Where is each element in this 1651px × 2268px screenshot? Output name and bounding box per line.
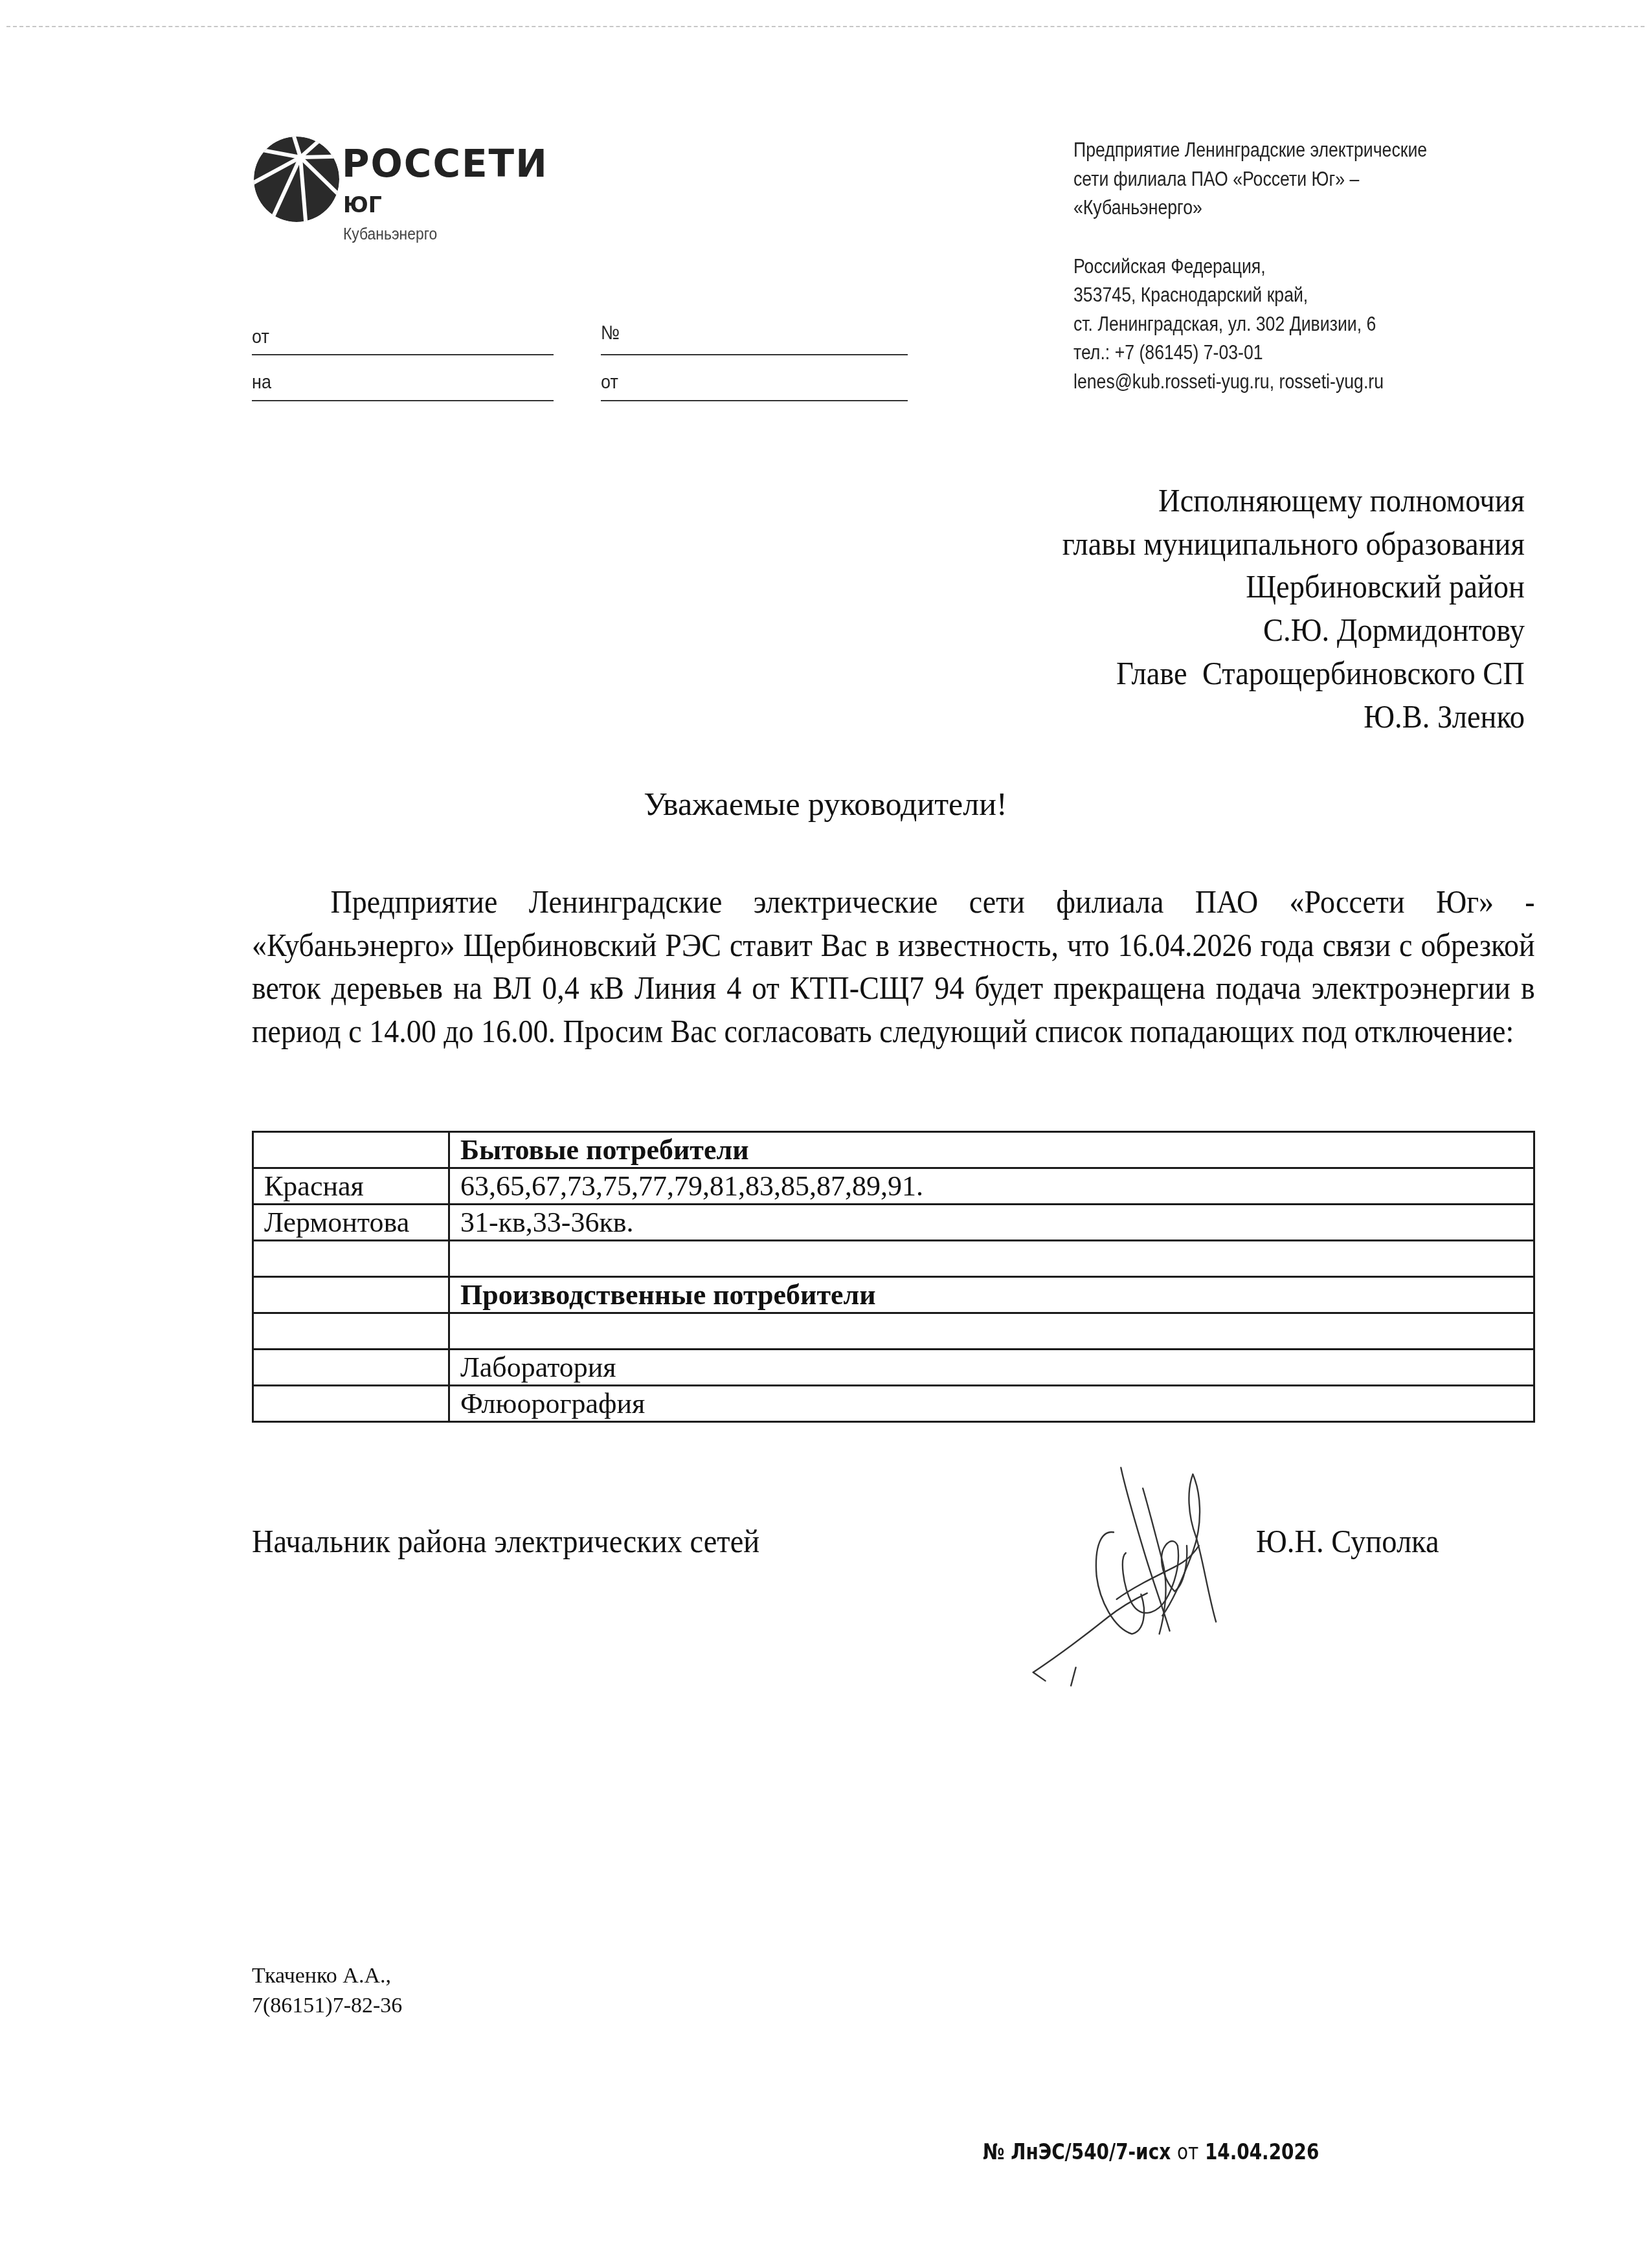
from2-label: от: [601, 373, 618, 392]
value-cell: [449, 1313, 1534, 1350]
registration-date: 14.04.2026: [1205, 2139, 1319, 2165]
street-cell: [253, 1277, 449, 1313]
houses-cell: 63,65,67,73,75,77,79,81,83,85,87,89,91.: [449, 1168, 1534, 1205]
brand-name: РОССЕТИ: [342, 145, 548, 183]
contact-name: Ткаченко А.А.,: [252, 1961, 402, 1991]
addressee-line: Ю.В. Зленко: [1062, 695, 1525, 739]
street-cell: Красная: [253, 1168, 449, 1205]
street-cell: Лермонтова: [253, 1205, 449, 1241]
addressee-line: Щербиновский район: [1062, 565, 1525, 608]
table-row: Лермонтова 31-кв,33-36кв.: [253, 1205, 1534, 1241]
from2-field-line: [601, 400, 908, 401]
addressee-block: Исполняющему полномочия главы муниципаль…: [1062, 479, 1525, 738]
facility-cell: Лаборатория: [449, 1350, 1534, 1386]
org-line: сети филиала ПАО «Россети Юг» –: [1073, 165, 1427, 194]
registration-number: № ЛнЭС/540/7-исх: [983, 2139, 1171, 2165]
address-line: ст. Ленинградская, ул. 302 Дивизии, 6: [1073, 310, 1427, 339]
salutation: Уважаемые руководители!: [0, 784, 1651, 823]
registration-date-label: от: [1177, 2139, 1198, 2165]
contact-block: Ткаченко А.А., 7(86151)7-82-36: [252, 1961, 402, 2021]
section-header-cell: Бытовые потребители: [449, 1132, 1534, 1168]
table-row: Флюорография: [253, 1386, 1534, 1422]
signer-name: Ю.Н. Суполка: [1256, 1525, 1439, 1557]
street-cell: [253, 1132, 449, 1168]
street-cell: [253, 1386, 449, 1422]
street-cell: [253, 1241, 449, 1277]
section-header-cell: Производственные потребители: [449, 1277, 1534, 1313]
table-row: Лаборатория: [253, 1350, 1534, 1386]
table-row: Производственные потребители: [253, 1277, 1534, 1313]
contact-phone: 7(86151)7-82-36: [252, 1991, 402, 2021]
to-label: на: [252, 373, 271, 392]
addressee-line: Главе Старощербиновского СП: [1062, 652, 1525, 695]
number-label: №: [601, 324, 620, 343]
address-line: 353745, Краснодарский край,: [1073, 281, 1427, 310]
phone-line: тел.: +7 (86145) 7-03-01: [1073, 339, 1427, 368]
number-field-line: [601, 354, 908, 355]
registration-reference: № ЛнЭС/540/7-исх от 14.04.2026: [983, 2141, 1319, 2163]
address-line: Российская Федерация,: [1073, 252, 1427, 282]
table-row: Красная 63,65,67,73,75,77,79,81,83,85,87…: [253, 1168, 1534, 1205]
addressee-line: С.Ю. Дормидонтову: [1062, 608, 1525, 652]
from-label: от: [252, 328, 269, 347]
org-line: Предприятие Ленинградские электрические: [1073, 136, 1427, 165]
street-cell: [253, 1350, 449, 1386]
street-cell: [253, 1313, 449, 1350]
brand-region: ЮГ: [343, 194, 382, 216]
signer-title: Начальник района электрических сетей: [252, 1525, 759, 1557]
value-cell: [449, 1241, 1534, 1277]
scan-artifact-line: [6, 26, 1645, 27]
houses-cell: 31-кв,33-36кв.: [449, 1205, 1534, 1241]
body-paragraph: Предприятие Ленинградские электрические …: [252, 880, 1535, 1052]
from-field-line: [252, 354, 554, 355]
table-row: [253, 1241, 1534, 1277]
rosseti-logo-icon: [251, 133, 342, 223]
table-row: Бытовые потребители: [253, 1132, 1534, 1168]
brand-division: Кубаньэнерго: [343, 225, 437, 242]
addressee-line: главы муниципального образования: [1062, 522, 1525, 566]
consumers-table: Бытовые потребители Красная 63,65,67,73,…: [252, 1131, 1535, 1423]
letter-body: Предприятие Ленинградские электрические …: [252, 880, 1535, 1052]
handwritten-signature-icon: [1010, 1450, 1217, 1702]
addressee-line: Исполняющему полномочия: [1062, 479, 1525, 522]
email-line: lenes@kub.rosseti-yug.ru, rosseti-yug.ru: [1073, 368, 1427, 397]
table-row: [253, 1313, 1534, 1350]
to-field-line: [252, 400, 554, 401]
organization-details: Предприятие Ленинградские электрические …: [1073, 136, 1427, 396]
org-line: «Кубаньэнерго»: [1073, 194, 1427, 223]
facility-cell: Флюорография: [449, 1386, 1534, 1422]
